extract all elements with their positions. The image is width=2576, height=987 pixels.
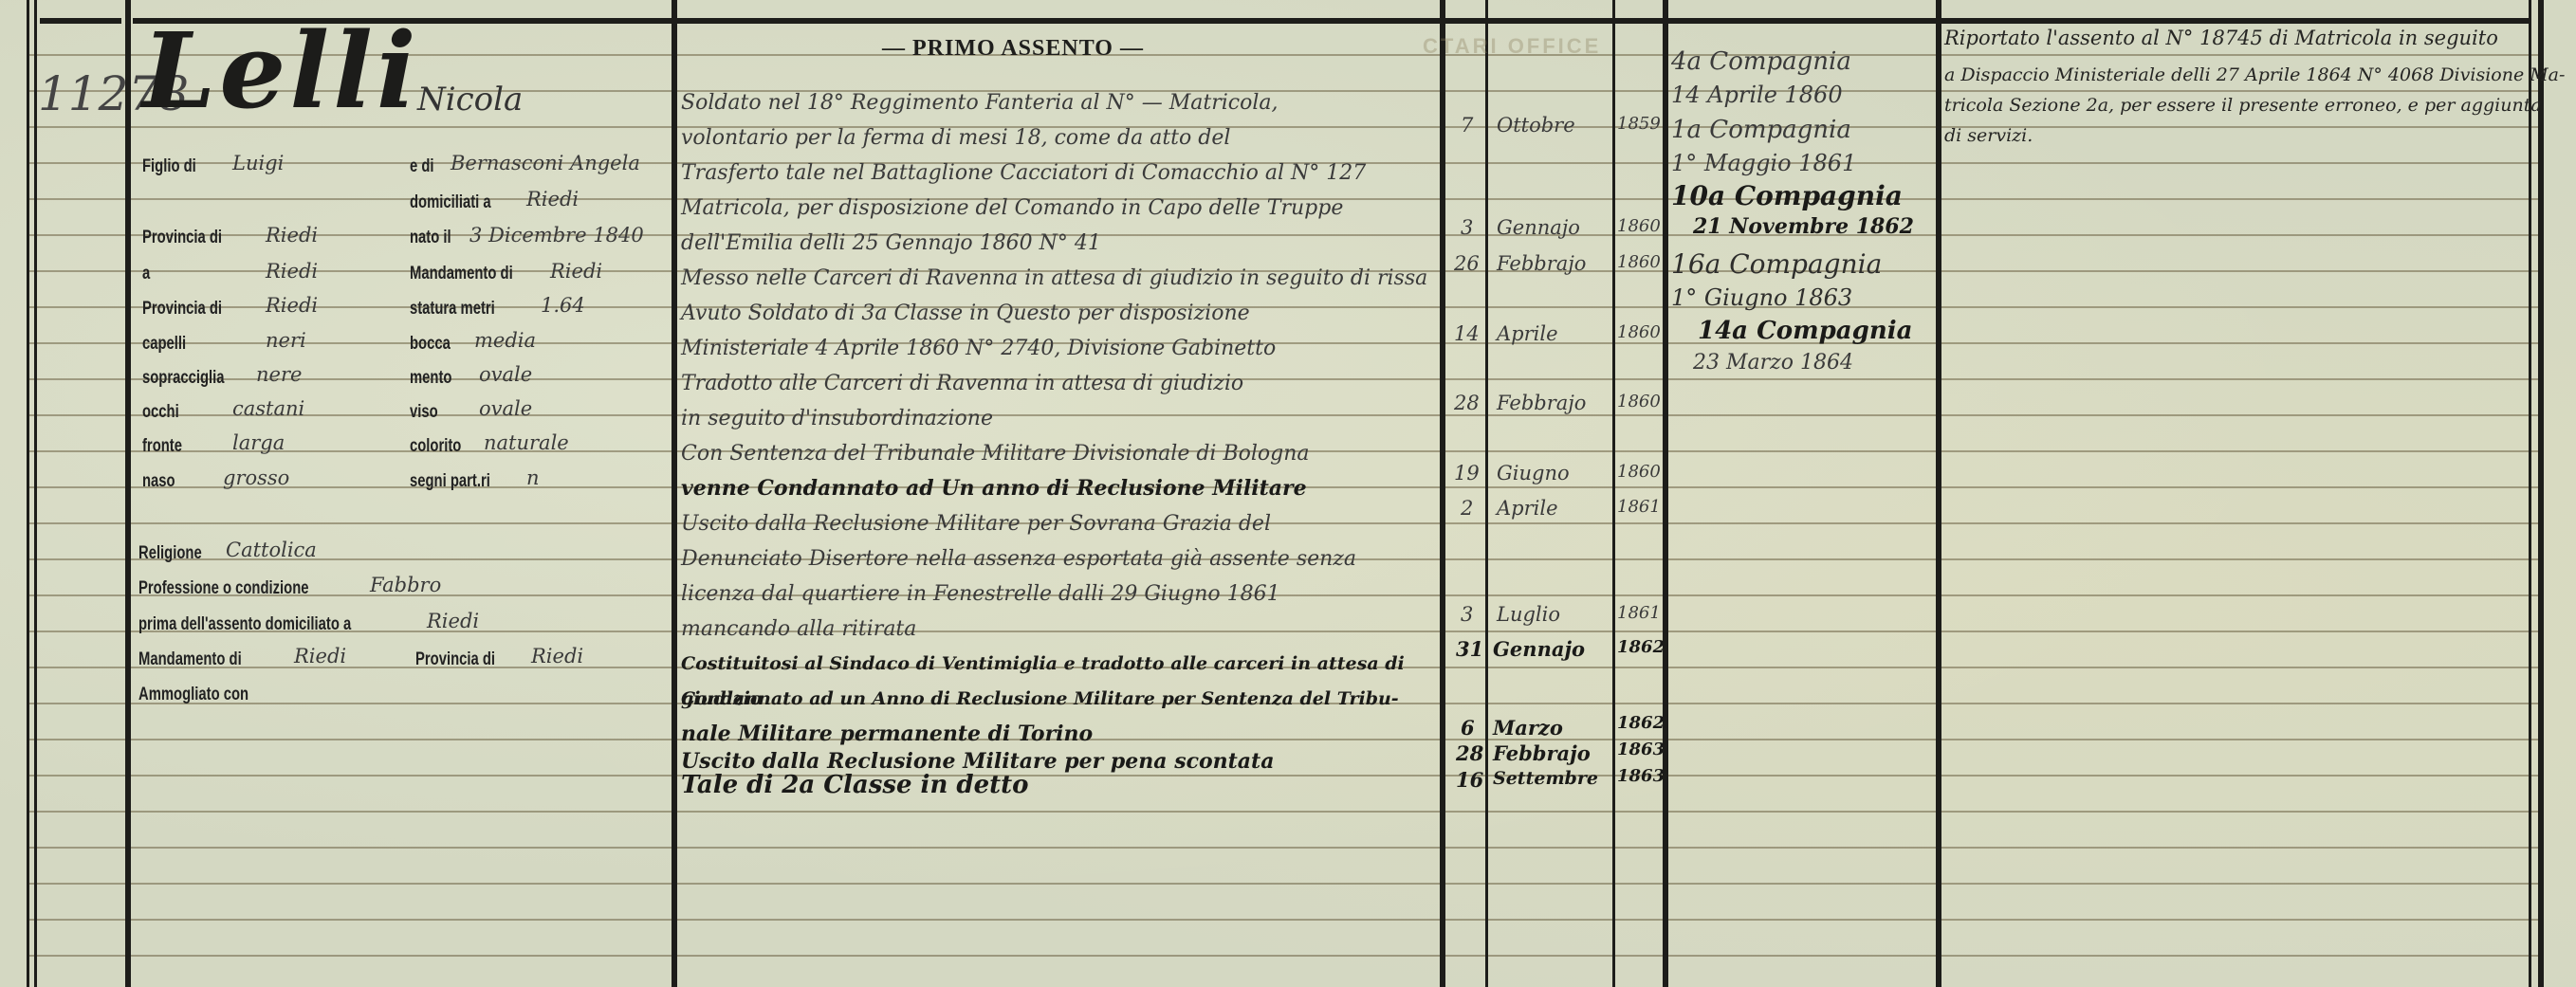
- entry-text: Soldato nel 18° Reggimento Fanteria al N…: [681, 85, 1440, 120]
- entry-day: 26: [1454, 252, 1480, 275]
- company-date: 21 Novembre 1862: [1693, 214, 1914, 239]
- border-line-right-outer: [2538, 0, 2544, 987]
- entry-text: venne Condannato ad Un anno di Reclusion…: [681, 471, 1440, 506]
- entry-day: 6: [1461, 716, 1475, 740]
- district2-value: Riedi: [294, 645, 346, 667]
- eyes-value: castani: [232, 397, 304, 420]
- entry-month: Febbrajo: [1493, 741, 1591, 765]
- entry-text: dell'Emilia delli 25 Gennajo 1860 N° 41: [681, 226, 1440, 261]
- chin-value: ovale: [479, 363, 532, 386]
- height-label: statura metri: [410, 299, 495, 320]
- entry-month: Luglio: [1497, 603, 1560, 626]
- entry-year: 1860: [1617, 462, 1661, 482]
- domiciled-value: Riedi: [526, 188, 579, 210]
- entry-month: Febbrajo: [1497, 392, 1586, 414]
- entry-year: 1862: [1617, 637, 1665, 657]
- entry-year: 1863: [1617, 766, 1665, 786]
- born-at-value: Riedi: [266, 260, 318, 283]
- mouth-label: bocca: [410, 334, 451, 355]
- column-divider-personal: [672, 0, 677, 987]
- entry-text: Tradotto alle Carceri di Ravenna in atte…: [681, 366, 1440, 401]
- entry-year: 1859: [1617, 114, 1661, 134]
- mouth-value: media: [474, 329, 536, 352]
- entry-day: 2: [1461, 497, 1473, 520]
- border-line-left-outer: [27, 0, 29, 987]
- entry-text: Denunciato Disertore nella assenza espor…: [681, 541, 1440, 576]
- note-line: Riportato l'assento al N° 18745 di Matri…: [1944, 27, 2498, 49]
- married-label: Ammogliato con: [138, 685, 248, 705]
- hair-value: neri: [266, 329, 306, 352]
- faded-bleedthrough-header: CTARI OFFICE: [1423, 34, 1601, 59]
- complexion-label: colorito: [410, 436, 461, 457]
- eyebrows-value: nere: [256, 363, 302, 386]
- company-name: 1a Compagnia: [1671, 116, 1851, 144]
- column-divider-service: [1440, 0, 1445, 987]
- entry-month: Gennajo: [1493, 637, 1585, 661]
- district2-label: Mandamento di: [138, 649, 242, 670]
- entry-text: Condannato ad un Anno di Reclusione Mili…: [681, 682, 1440, 717]
- district1-label: Mandamento di: [410, 264, 513, 284]
- entry-day: 16: [1456, 768, 1483, 792]
- entry-day: 28: [1454, 392, 1480, 414]
- entry-month: Giugno: [1497, 462, 1570, 484]
- district1-value: Riedi: [550, 260, 602, 283]
- profession-value: Fabbro: [370, 574, 441, 596]
- province1-value: Riedi: [266, 224, 318, 247]
- face-value: ovale: [479, 397, 532, 420]
- entry-year: 1860: [1617, 392, 1661, 411]
- profession-label: Professione o condizione: [138, 578, 309, 599]
- height-value: 1.64: [541, 294, 585, 317]
- province1-label: Provincia di: [142, 228, 222, 248]
- entry-year: 1860: [1617, 322, 1661, 342]
- given-name: Nicola: [417, 81, 523, 119]
- company-date: 23 Marzo 1864: [1693, 351, 1853, 375]
- mother-value: Bernasconi Angela: [451, 152, 640, 174]
- entry-text: Messo nelle Carceri di Ravenna in attesa…: [681, 261, 1440, 296]
- entry-month: Febbrajo: [1497, 252, 1586, 275]
- entry-month: Marzo: [1493, 716, 1563, 740]
- province3-value: Riedi: [531, 645, 583, 667]
- entry-text: Tale di 2a Classe in detto: [681, 768, 1440, 803]
- entry-day: 3: [1461, 216, 1473, 239]
- religion-label: Religione: [138, 543, 202, 564]
- register-page: 11278 Lelli Nicola Figlio di Luigi Provi…: [0, 0, 2576, 987]
- born-label: nato il: [410, 228, 451, 248]
- company-date: 1° Giugno 1863: [1671, 284, 1852, 311]
- entry-day: 7: [1461, 114, 1473, 137]
- entry-text: volontario per la ferma di mesi 18, come…: [681, 120, 1440, 155]
- entry-year: 1863: [1617, 740, 1665, 759]
- prior-domicile-label: prima dell'assento domiciliato a: [138, 614, 351, 635]
- primo-assento-header: — PRIMO ASSENTO —: [882, 36, 1144, 62]
- father-value: Luigi: [232, 152, 284, 174]
- forehead-label: fronte: [142, 436, 182, 457]
- entry-day: 14: [1454, 322, 1480, 345]
- column-divider-number: [125, 0, 131, 987]
- province2-value: Riedi: [266, 294, 318, 317]
- entry-month: Settembre: [1493, 768, 1598, 789]
- column-divider-month: [1612, 0, 1615, 987]
- company-date: 14 Aprile 1860: [1671, 82, 1843, 108]
- company-name: 14a Compagnia: [1698, 317, 1912, 345]
- entry-year: 1861: [1617, 497, 1661, 517]
- marks-label: segni part.ri: [410, 471, 490, 492]
- border-line-left-inner: [34, 0, 37, 987]
- born-at-label: a: [142, 264, 150, 284]
- entry-year: 1860: [1617, 216, 1661, 236]
- company-date: 1° Maggio 1861: [1671, 150, 1856, 176]
- province3-label: Provincia di: [415, 649, 495, 670]
- domiciled-label: domiciliati a: [410, 192, 491, 213]
- entry-text: Ministeriale 4 Aprile 1860 N° 2740, Divi…: [681, 331, 1440, 366]
- entry-year: 1862: [1617, 713, 1665, 733]
- entry-text: Uscito dalla Reclusione Militare per Sov…: [681, 506, 1440, 541]
- company-name: 10a Compagnia: [1671, 180, 1903, 211]
- top-rule-main: [133, 18, 2530, 24]
- column-divider-companies: [1936, 0, 1941, 987]
- surname: Lelli: [142, 9, 420, 132]
- entry-text: Con Sentenza del Tribunale Militare Divi…: [681, 436, 1440, 471]
- religion-value: Cattolica: [226, 539, 317, 561]
- entry-year: 1860: [1617, 252, 1661, 272]
- note-line: di servizi.: [1944, 125, 2033, 146]
- entry-day: 28: [1456, 741, 1483, 765]
- face-label: viso: [410, 402, 438, 423]
- marks-value: n: [526, 466, 540, 489]
- entry-day: 31: [1456, 637, 1483, 661]
- entry-year: 1861: [1617, 603, 1661, 623]
- entry-month: Ottobre: [1497, 114, 1575, 137]
- note-line: tricola Sezione 2a, per essere il presen…: [1944, 95, 2542, 116]
- entry-text: mancando alla ritirata: [681, 612, 1440, 647]
- father-label: Figlio di: [142, 156, 196, 177]
- forehead-value: larga: [232, 431, 285, 454]
- entry-day: 3: [1461, 603, 1473, 626]
- company-name: 16a Compagnia: [1671, 248, 1882, 280]
- eyes-label: occhi: [142, 402, 179, 423]
- born-value: 3 Dicembre 1840: [469, 224, 644, 247]
- prior-domicile-value: Riedi: [427, 610, 479, 632]
- column-divider-year: [1663, 0, 1668, 987]
- entry-text: licenza dal quartiere in Fenestrelle dal…: [681, 576, 1440, 612]
- nose-label: naso: [142, 471, 175, 492]
- entry-text: Matricola, per disposizione del Comando …: [681, 191, 1440, 226]
- entry-day: 19: [1454, 462, 1480, 484]
- hair-label: capelli: [142, 334, 186, 355]
- top-rule-number: [40, 18, 121, 24]
- eyebrows-label: sopracciglia: [142, 368, 224, 389]
- chin-label: mento: [410, 368, 451, 389]
- note-line: a Dispaccio Ministeriale delli 27 Aprile…: [1944, 64, 2565, 85]
- entry-month: Gennajo: [1497, 216, 1580, 239]
- mother-label: e di: [410, 156, 434, 177]
- entry-month: Aprile: [1497, 497, 1558, 520]
- column-divider-day: [1485, 0, 1488, 987]
- nose-value: grosso: [223, 466, 289, 489]
- company-name: 4a Compagnia: [1671, 47, 1851, 76]
- border-line-right-inner: [2529, 0, 2531, 987]
- entry-text: Trasferto tale nel Battaglione Cacciator…: [681, 155, 1440, 191]
- province2-label: Provincia di: [142, 299, 222, 320]
- complexion-value: naturale: [484, 431, 569, 454]
- entry-text: Avuto Soldato di 3a Classe in Questo per…: [681, 296, 1440, 331]
- entry-text: in seguito d'insubordinazione: [681, 401, 1440, 436]
- entry-month: Aprile: [1497, 322, 1558, 345]
